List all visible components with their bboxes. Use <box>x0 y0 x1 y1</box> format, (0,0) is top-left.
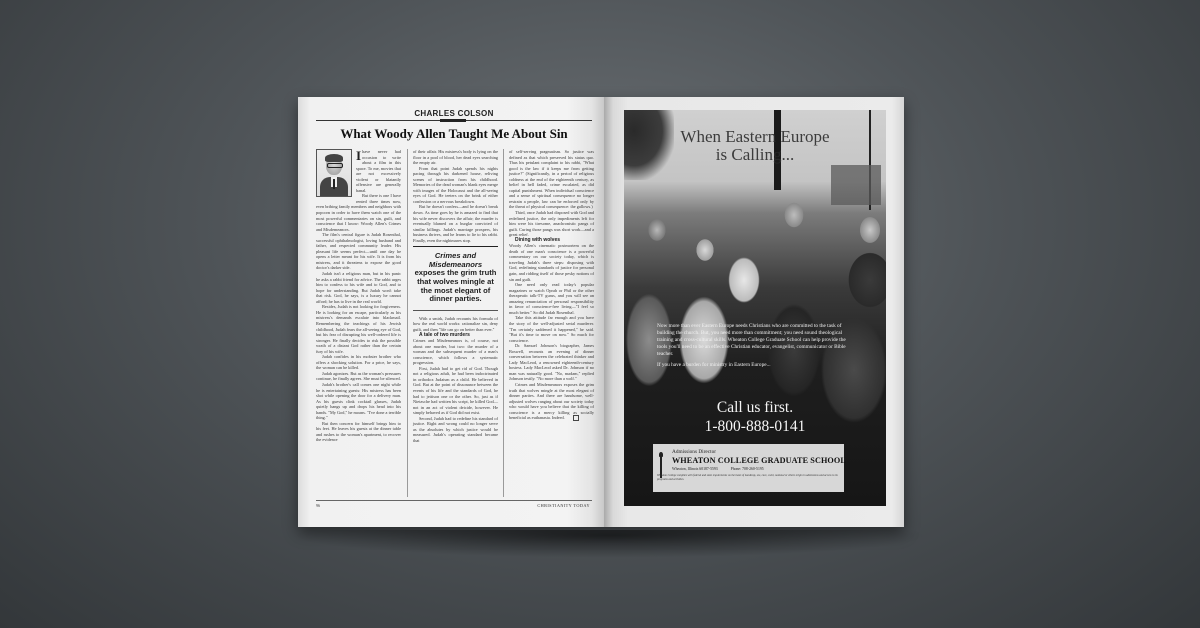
column-divider <box>407 149 408 497</box>
paragraph: of self-serving pragmatism. So justice w… <box>509 149 594 210</box>
paragraph: of their affair. His mistress's body is … <box>413 149 498 166</box>
ad-call-to-action: Call us first. <box>624 399 886 416</box>
pull-quote-text: exposes the grim truth that wolves mingl… <box>415 268 497 303</box>
ad-headline: When Eastern Europe is Calling... <box>624 128 886 164</box>
left-page: CHARLES COLSON What Woody Allen Taught M… <box>298 97 604 527</box>
contact-box: Admissions Director WHEATON COLLEGE GRAD… <box>653 444 844 492</box>
paragraph: Judah agonizes. But as the woman's press… <box>316 371 401 382</box>
article-column-2: of their affair. His mistress's body is … <box>413 149 498 443</box>
drop-cap: I <box>356 150 361 161</box>
paragraph: Woody Allen's cinematic postmortem on th… <box>509 243 594 282</box>
end-mark-icon <box>573 415 579 421</box>
pull-quote-title: Crimes and Misdemeanors <box>429 251 482 269</box>
paragraph: Judah's brother's call comes one night w… <box>316 382 401 421</box>
running-footer: CHRISTIANITY TODAY <box>537 503 590 508</box>
contact-title: Admissions Director <box>672 449 716 455</box>
paragraph: Dr. Samuel Johnson's biographer, James B… <box>509 343 594 382</box>
contact-details: Wheaton, Illinois 60187-5593 Phone: 708-… <box>672 467 776 471</box>
footer-rule <box>316 500 592 501</box>
article-column-1: I have never had occasion to write about… <box>316 149 401 443</box>
paragraph: Judah confides in his mobster brother wh… <box>316 354 401 371</box>
institution-name: WHEATON COLLEGE GRADUATE SCHOOL <box>672 456 846 465</box>
kicker-rule-mark <box>440 119 466 122</box>
building <box>831 165 881 205</box>
magazine-shadow <box>290 530 930 558</box>
right-page: When Eastern Europe is Calling... Now mo… <box>604 97 904 527</box>
paragraph: Judah isn't a religious man, but in his … <box>316 271 401 304</box>
article-column-3: of self-serving pragmatism. So justice w… <box>509 149 594 421</box>
author-portrait <box>316 149 352 197</box>
magazine-spread: CHARLES COLSON What Woody Allen Taught M… <box>298 97 904 527</box>
paragraph: From that point Judah spends his nights … <box>413 166 498 205</box>
contact-disclaimer: Wheaton College complies with federal an… <box>657 474 839 481</box>
paragraph: Second, Judah had to redefine his standa… <box>413 416 498 444</box>
column-divider <box>503 149 504 497</box>
page-number: 96 <box>316 503 320 508</box>
column-kicker: CHARLES COLSON <box>316 109 592 118</box>
paragraph: Crimes and Misdemeanors exposes the grim… <box>509 382 594 421</box>
advertisement: When Eastern Europe is Calling... Now mo… <box>624 110 886 506</box>
paragraph: Crimes and Misdemeanors is, of course, n… <box>413 338 498 366</box>
paragraph: One need only read today's popular magaz… <box>509 282 594 315</box>
paragraph: But he doesn't confess—and he doesn't br… <box>413 204 498 243</box>
paragraph: With a smirk, Judah recounts his formula… <box>413 316 498 333</box>
ad-body-text: Now more than ever Eastern Europe needs … <box>657 323 857 374</box>
ad-phone-number: 1-800-888-0141 <box>624 418 886 435</box>
paragraph: First, Judah had to get rid of God. Thou… <box>413 366 498 416</box>
paragraph: Take this attitude far enough and you ha… <box>509 315 594 343</box>
paragraph: Third, once Judah had disposed with God … <box>509 210 594 238</box>
contact-phone: Phone: 708-260-5195 <box>731 467 764 471</box>
article-headline: What Woody Allen Taught Me About Sin <box>316 126 592 142</box>
ad-paragraph: Now more than ever Eastern Europe needs … <box>657 323 857 358</box>
paragraph: Besides, Judah is not looking for forgiv… <box>316 304 401 354</box>
paragraph: But there is one I have rented three tim… <box>316 193 401 232</box>
ad-paragraph: If you have a burden for ministry in Eas… <box>657 362 857 369</box>
paragraph: But then concern for himself brings him … <box>316 421 401 443</box>
paragraph: The film's central figure is Judah Rosen… <box>316 232 401 271</box>
pull-quote: Crimes and Misdemeanors exposes the grim… <box>413 246 498 311</box>
contact-address: Wheaton, Illinois 60187-5593 <box>672 467 718 471</box>
